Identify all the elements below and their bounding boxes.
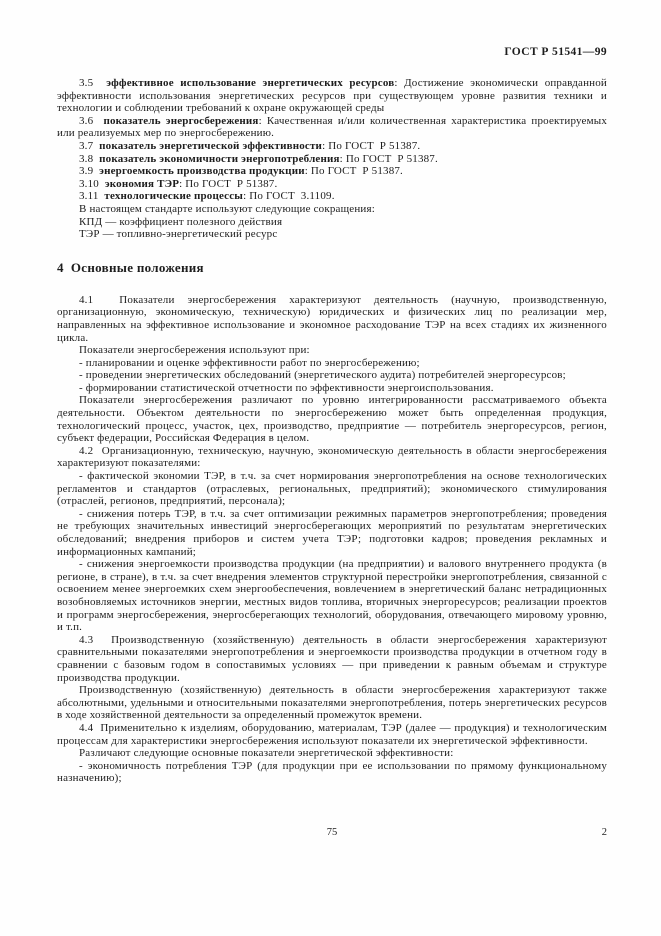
paragraph: 3.7 показатель энергетической эффективно… [57,140,607,153]
text-run: Показатели энергосбережения различают по… [57,394,607,444]
text-run: : По ГОСТ Р 51387. [322,140,420,152]
text-run: - фактической экономии ТЭР, в т.ч. за сч… [57,470,607,507]
paragraph: Показатели энергосбережения различают по… [57,394,607,444]
text-run: 4.3 Производственную (хозяйственную) дея… [57,634,607,684]
text-run: - экономичность потребления ТЭР (для про… [57,760,607,785]
paragraph: 4.4 Применительно к изделиям, оборудован… [57,722,607,747]
footer-page-number-right: 2 [602,827,607,838]
paragraph: 3.9 энергоемкость производства продукции… [57,165,607,178]
text-run: - проведении энергетических обследований… [79,369,566,381]
paragraph: Показатели энергосбережения используют п… [57,344,607,357]
text-run: ТЭР — топливно-энергетический ресурс [79,228,277,240]
paragraph: - снижения энергоемкости производства пр… [57,558,607,634]
term-bold: экономия ТЭР [105,178,179,190]
paragraph: Различают следующие основные показатели … [57,747,607,760]
text-run: - формировании статистической отчетности… [79,382,494,394]
text-run: 3.11 [79,190,104,202]
term-bold: 4 Основные положения [57,260,204,275]
paragraph: - проведении энергетических обследований… [57,369,607,382]
paragraph: - фактической экономии ТЭР, в т.ч. за сч… [57,470,607,508]
paragraph: 4.2 Организационную, техническую, научну… [57,445,607,470]
paragraph: 4.1 Показатели энергосбережения характер… [57,294,607,344]
paragraph: Производственную (хозяйственную) деятель… [57,684,607,722]
paragraph: 3.8 показатель экономичности энергопотре… [57,153,607,166]
paragraph: - экономичность потребления ТЭР (для про… [57,760,607,785]
text-run: - снижения энергоемкости производства пр… [57,558,607,633]
paragraph: КПД — коэффициент полезного действия [57,216,607,229]
text-run: 4.2 Организационную, техническую, научну… [57,445,607,470]
text-run: : По ГОСТ 3.1109. [243,190,335,202]
term-bold: технологические процессы [104,190,243,202]
text-run: 4.4 Применительно к изделиям, оборудован… [57,722,607,747]
document-body: 3.5 эффективное использование энергетиче… [57,77,607,785]
text-run: : По ГОСТ Р 51387. [305,165,403,177]
text-run: 3.7 [79,140,99,152]
term-bold: показатель экономичности энергопотреблен… [99,153,340,165]
term-bold: эффективное использование энергетических… [106,77,394,89]
term-bold: показатель энергосбережения [103,115,258,127]
paragraph: ТЭР — топливно-энергетический ресурс [57,228,607,241]
page-footer: 75 2 [57,827,607,841]
text-run: В настоящем стандарте используют следующ… [79,203,375,215]
text-run: 3.10 [79,178,105,190]
text-run: : По ГОСТ Р 51387. [179,178,277,190]
term-bold: показатель энергетической эффективности [99,140,322,152]
paragraph: 3.10 экономия ТЭР: По ГОСТ Р 51387. [57,178,607,191]
text-run: Производственную (хозяйственную) деятель… [57,684,607,721]
standard-number: ГОСТ Р 51541—99 [504,46,607,58]
paragraph: - планировании и оценке эффективности ра… [57,357,607,370]
text-run: - планировании и оценке эффективности ра… [79,357,420,369]
text-run: - снижения потерь ТЭР, в т.ч. за счет оп… [57,508,607,558]
text-run: КПД — коэффициент полезного действия [79,216,282,228]
footer-page-number-center: 75 [57,827,607,838]
section-heading: 4 Основные положения [57,260,607,275]
text-run: 3.5 [79,77,106,89]
paragraph: 4.3 Производственную (хозяйственную) дея… [57,634,607,684]
text-run: : По ГОСТ Р 51387. [340,153,438,165]
text-run: Различают следующие основные показатели … [79,747,454,759]
paragraph: - формировании статистической отчетности… [57,382,607,395]
text-run: 4.1 Показатели энергосбережения характер… [57,294,607,344]
paragraph: В настоящем стандарте используют следующ… [57,203,607,216]
page-header: ГОСТ Р 51541—99 [57,46,607,58]
paragraph: 3.5 эффективное использование энергетиче… [57,77,607,115]
text-run: Показатели энергосбережения используют п… [79,344,310,356]
text-run: 3.6 [79,115,103,127]
document-page: ГОСТ Р 51541—99 3.5 эффективное использо… [0,0,661,936]
text-run: 3.8 [79,153,99,165]
term-bold: энергоемкость производства продукции [99,165,305,177]
paragraph: 3.11 технологические процессы: По ГОСТ 3… [57,190,607,203]
paragraph: 3.6 показатель энергосбережения: Качеств… [57,115,607,140]
text-run: 3.9 [79,165,99,177]
paragraph: - снижения потерь ТЭР, в т.ч. за счет оп… [57,508,607,558]
